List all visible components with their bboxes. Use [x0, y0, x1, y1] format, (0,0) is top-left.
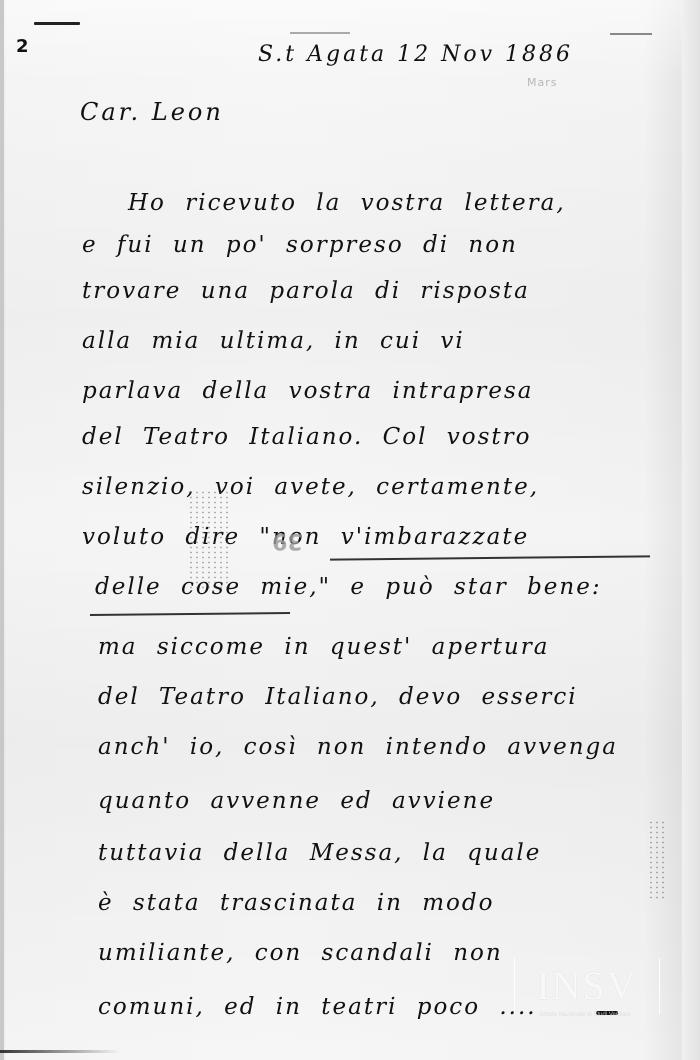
body-line-9: delle cose mie," e può star bene: — [95, 574, 602, 600]
scan-speckle-noise-right — [648, 820, 668, 900]
insv-watermark-subtitle: Istituto Nazionale di Studi Verdiani — [520, 1012, 650, 1018]
underline-2 — [90, 612, 290, 616]
body-line-7: silenzio, voi avete, certamente, — [82, 474, 539, 500]
body-line-6: del Teatro Italiano. Col vostro — [82, 424, 531, 450]
body-line-3: trovare una parola di risposta — [82, 278, 530, 304]
page-number: 2 — [16, 36, 29, 57]
insv-watermark: INSV — [514, 958, 660, 1014]
body-line-12: anch' io, così non intendo avvenga — [98, 734, 618, 760]
page-left-edge — [0, 0, 4, 1060]
body-line-8: voluto dire "non v'imbarazzate — [82, 524, 529, 550]
body-line-13: quanto avvenne ed avviene — [98, 788, 495, 814]
dateline: S.t Agata 12 Nov 1886 — [258, 42, 573, 67]
body-line-1: Ho ricevuto la vostra lettera, — [128, 190, 566, 216]
body-line-17: comuni, ed in teatri poco .... — [98, 994, 537, 1020]
letter-page: 2 S.t Agata 12 Nov 1886 Mars Car. Leon H… — [0, 0, 700, 1060]
top-rule-mark — [34, 22, 80, 25]
top-faint-mark — [290, 32, 350, 34]
underline-1 — [330, 555, 650, 560]
body-line-14: tuttavia della Messa, la quale — [98, 840, 541, 866]
body-line-5: parlava della vostra intrapresa — [82, 378, 533, 404]
faded-stamp-number: 39 — [272, 528, 303, 553]
page-right-edge — [682, 0, 700, 1060]
scan-speckle-noise — [188, 490, 228, 590]
pencil-annotation: Mars — [527, 76, 558, 89]
body-line-4: alla mia ultima, in cui vi — [82, 328, 465, 354]
body-line-11: del Teatro Italiano, devo esserci — [98, 684, 578, 710]
body-line-2: e fui un po' sorpreso di non — [82, 232, 518, 258]
body-line-10: ma siccome in quest' apertura — [98, 634, 549, 660]
bottom-edge-shadow — [0, 1050, 120, 1053]
top-faint-mark-right — [610, 33, 652, 35]
body-line-15: è stata trascinata in modo — [98, 890, 494, 916]
body-line-16: umiliante, con scandali non — [98, 940, 503, 966]
salutation: Car. Leon — [80, 98, 224, 126]
